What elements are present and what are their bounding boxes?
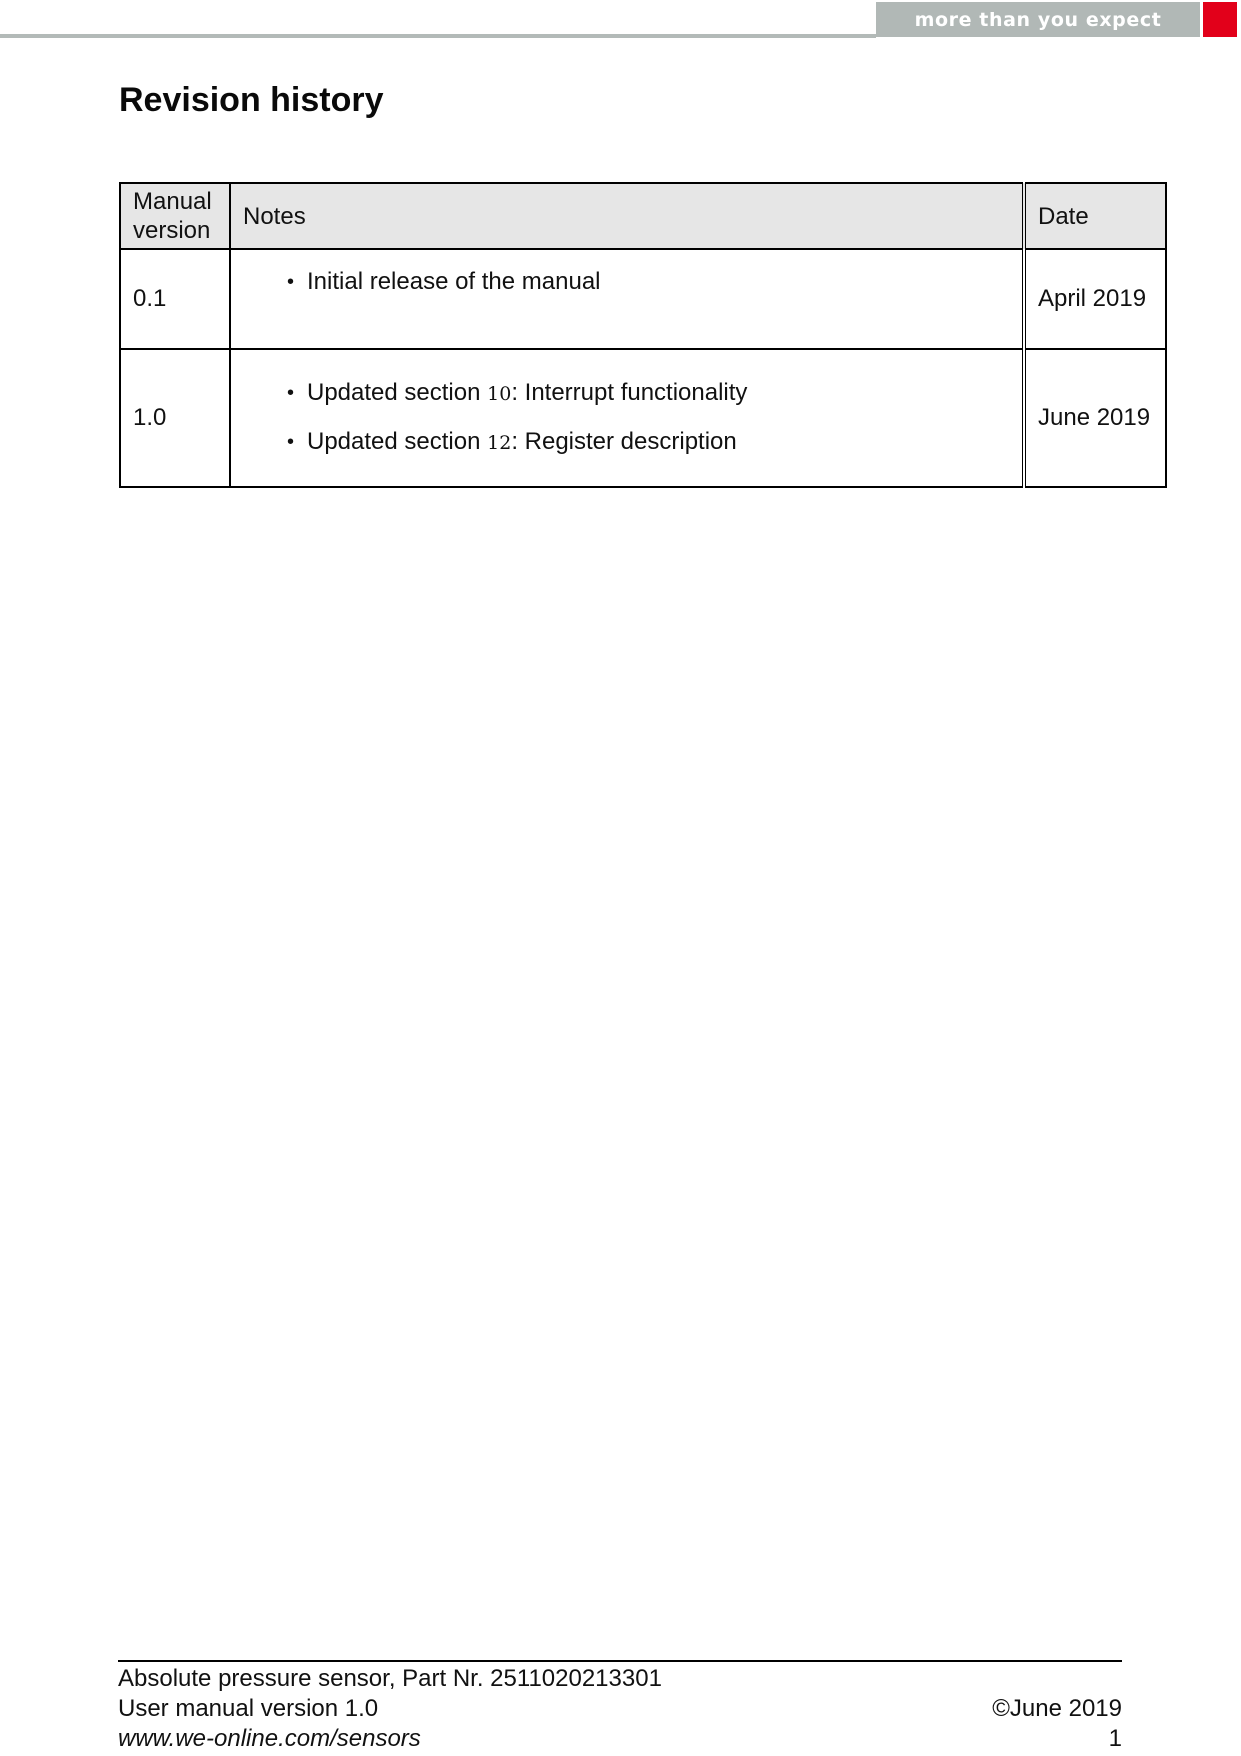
note-item: Initial release of the manual [287,262,1010,302]
footer-rule [118,1660,1122,1662]
footer-right: ©June 2019 1 [992,1694,1122,1754]
row-version: 1.0 [120,349,230,487]
row-date: April 2019 [1024,249,1166,349]
footer-manual-version: User manual version 1.0 [118,1694,662,1724]
row-date: June 2019 [1024,349,1166,487]
note-text: Updated section [307,379,487,406]
footer-product: Absolute pressure sensor, Part Nr. 25110… [118,1664,662,1694]
note-text: : Register description [511,428,736,455]
row-notes: Updated section 10: Interrupt functional… [230,349,1024,487]
table-row: 1.0 Updated section 10: Interrupt functi… [120,349,1166,487]
column-header-date: Date [1024,183,1166,249]
footer-left: Absolute pressure sensor, Part Nr. 25110… [118,1664,662,1754]
note-text: Initial release of the manual [307,268,601,295]
row-version: 0.1 [120,249,230,349]
note-item: Updated section 12: Register description [287,418,1010,467]
note-text: Updated section [307,428,487,455]
note-text: : Interrupt functionality [511,379,747,406]
notes-list: Updated section 10: Interrupt functional… [243,369,1010,467]
row-notes: Initial release of the manual [230,249,1024,349]
header-version-line-2: version [133,217,210,244]
page-number: 1 [992,1724,1122,1754]
brand-logo-square [1203,2,1237,37]
column-header-version: Manual version [120,183,230,249]
section-link[interactable]: 10 [487,383,511,405]
section-link[interactable]: 12 [487,432,511,454]
table-header-row: Manual version Notes Date [120,183,1166,249]
footer-copyright: ©June 2019 [992,1694,1122,1724]
footer-url-link[interactable]: www.we-online.com/sensors [118,1724,662,1754]
table-row: 0.1 Initial release of the manual April … [120,249,1166,349]
page-title: Revision history [119,81,384,120]
notes-list: Initial release of the manual [243,262,1010,302]
column-header-notes: Notes [230,183,1024,249]
header-rule [0,34,876,38]
header-version-line-1: Manual [133,188,212,215]
revision-table: Manual version Notes Date 0.1 Initial re… [119,182,1167,488]
brand-tagline: more than you expect [876,2,1200,37]
note-item: Updated section 10: Interrupt functional… [287,369,1010,418]
